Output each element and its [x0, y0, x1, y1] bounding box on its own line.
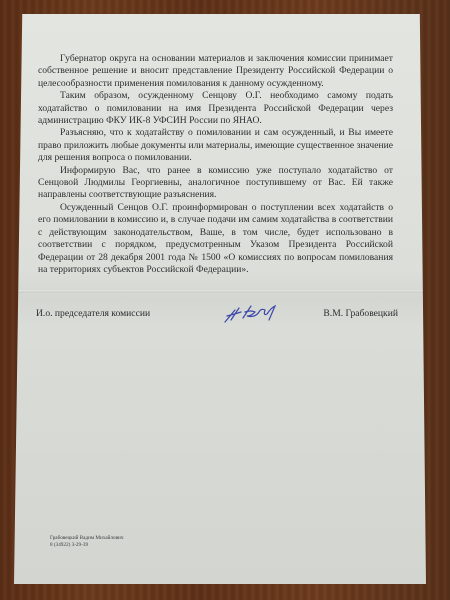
paragraph-right-to-attach: Разъясняю, что к ходатайству о помилован… [38, 127, 393, 164]
paragraph-previous-petition: Информирую Вас, что ранее в комиссию уже… [38, 165, 393, 202]
handwritten-signature-icon [221, 300, 283, 326]
paragraph-governor-decision: Губернатор округа на основании материало… [38, 53, 393, 90]
signatory-name: В.М. Грабовецкий [323, 308, 398, 319]
signatory-title: И.о. председателя комиссии [36, 308, 150, 319]
paragraph-convict-informed: Осужденный Сенцов О.Г. проинформирован о… [38, 202, 393, 276]
executor-footer: Грабовецкий Вадим Михайлович 8 (34922) 3… [50, 535, 123, 549]
paper-fold-line [14, 290, 426, 293]
paragraph-petition-procedure: Таким образом, осужденному Сенцову О.Г. … [38, 90, 393, 127]
executor-name: Грабовецкий Вадим Михайлович [50, 535, 123, 542]
signature-block: И.о. председателя комиссии В.М. Грабовец… [36, 304, 398, 328]
letter-body: Губернатор округа на основании материало… [38, 53, 393, 276]
letter-page: Губернатор округа на основании материало… [14, 14, 426, 584]
executor-phone: 8 (34922) 3-29-39 [50, 542, 123, 549]
